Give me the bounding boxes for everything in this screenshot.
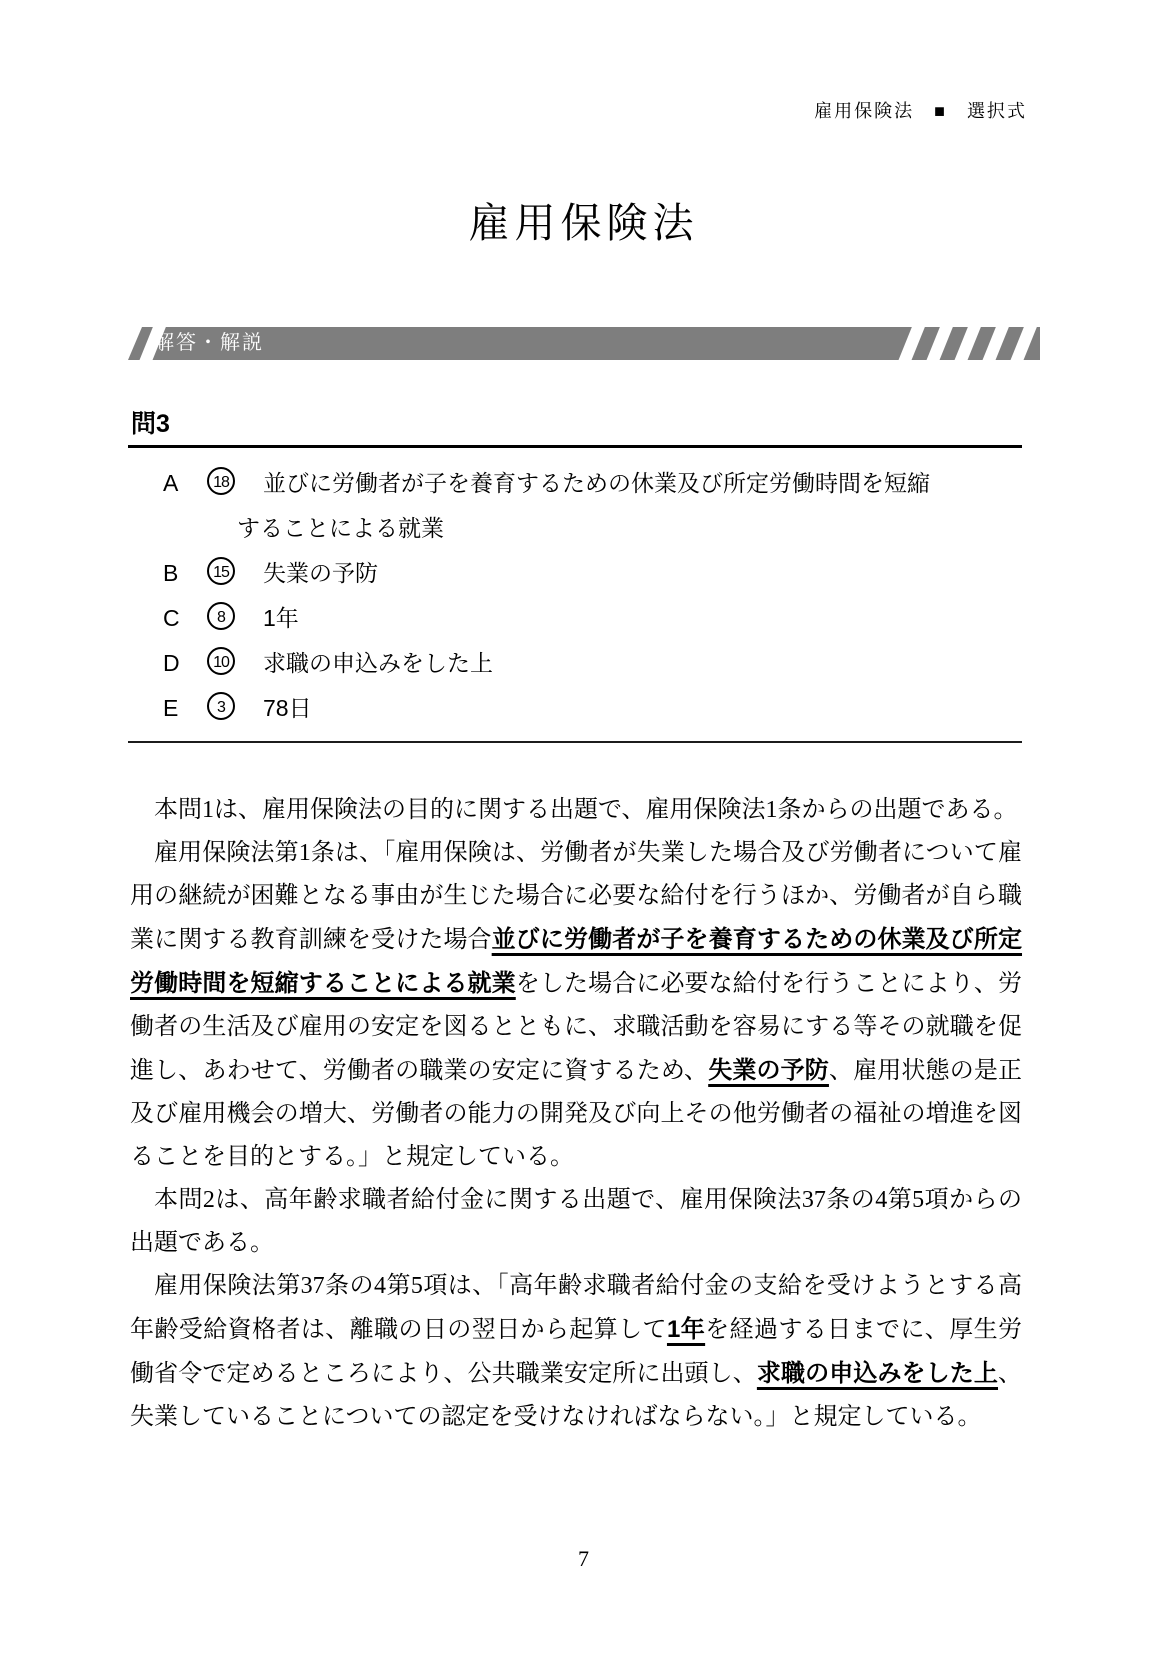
circled-number: 18 bbox=[207, 467, 235, 495]
question-heading-rule bbox=[128, 445, 1022, 448]
answer-row: C81年 bbox=[163, 596, 1022, 641]
answer-letter: E bbox=[163, 686, 207, 731]
text-segment: 本問2は、高年齢求職者給付金に関する出題で、雇用保険法37条の4第5項からの出題… bbox=[130, 1187, 1022, 1256]
answer-letter: C bbox=[163, 596, 207, 641]
answer-row: A18並びに労働者が子を養育するための休業及び所定労働時間を短縮することによる就… bbox=[163, 461, 1022, 551]
answer-commentary-banner: 解答・解説 bbox=[128, 327, 1040, 360]
circled-number: 8 bbox=[207, 602, 235, 630]
circled-number: 15 bbox=[207, 557, 235, 585]
answer-text: 並びに労働者が子を養育するための休業及び所定労働時間を短縮することによる就業 bbox=[237, 461, 942, 551]
answer-row: E378日 bbox=[163, 686, 1022, 731]
section-divider bbox=[128, 741, 1022, 743]
text-segment: 本問1は、雇用保険法の目的に関する出題で、雇用保険法1条からの出題である。 bbox=[154, 797, 1018, 823]
answer-text: 求職の申込みをした上 bbox=[237, 641, 942, 686]
paragraph: 雇用保険法第37条の4第5項は、「高年齢求職者給付金の支給を受けようとする高年齢… bbox=[130, 1265, 1022, 1439]
running-header: 雇用保険法 ■ 選択式 bbox=[814, 97, 1027, 123]
question-heading: 問3 bbox=[131, 404, 170, 440]
circled-number: 10 bbox=[207, 647, 235, 675]
emphasized-text: 失業の予防 bbox=[708, 1057, 829, 1084]
paragraph: 本問2は、高年齢求職者給付金に関する出題で、雇用保険法37条の4第5項からの出題… bbox=[130, 1179, 1022, 1265]
answer-text: 失業の予防 bbox=[237, 551, 942, 596]
answer-number: 10 bbox=[207, 641, 237, 675]
banner-stripe bbox=[925, 323, 955, 365]
banner-stripe bbox=[981, 323, 1011, 365]
answer-text: 78日 bbox=[237, 686, 942, 731]
page-title: 雇用保険法 bbox=[0, 190, 1167, 249]
paragraph: 本問1は、雇用保険法の目的に関する出題で、雇用保険法1条からの出題である。 bbox=[130, 789, 1022, 832]
answer-list: A18並びに労働者が子を養育するための休業及び所定労働時間を短縮することによる就… bbox=[128, 461, 1022, 731]
answer-letter: D bbox=[163, 641, 207, 686]
commentary-body: 本問1は、雇用保険法の目的に関する出題で、雇用保険法1条からの出題である。雇用保… bbox=[130, 789, 1022, 1439]
answer-number: 15 bbox=[207, 551, 237, 585]
banner-stripe bbox=[897, 323, 927, 365]
circled-number: 3 bbox=[207, 692, 235, 720]
answer-row: B15失業の予防 bbox=[163, 551, 1022, 596]
banner-stripe bbox=[953, 323, 983, 365]
answer-number: 18 bbox=[207, 461, 237, 495]
answer-number: 3 bbox=[207, 686, 237, 720]
banner-stripe bbox=[1009, 323, 1039, 365]
paragraph: 雇用保険法第1条は、「雇用保険は、労働者が失業した場合及び労働者について雇用の継… bbox=[130, 832, 1022, 1179]
emphasized-text: 求職の申込みをした上 bbox=[757, 1360, 998, 1387]
answer-text: 1年 bbox=[237, 596, 942, 641]
answer-row: D10求職の申込みをした上 bbox=[163, 641, 1022, 686]
emphasized-text: 1年 bbox=[667, 1316, 705, 1343]
banner-label: 解答・解説 bbox=[154, 327, 264, 360]
page-number: 7 bbox=[0, 1546, 1167, 1572]
answer-letter: B bbox=[163, 551, 207, 596]
answer-letter: A bbox=[163, 461, 207, 506]
document-page: 雇用保険法 ■ 選択式 雇用保険法 解答・解説 問3 A18並びに労働者が子を養… bbox=[0, 0, 1167, 1653]
answer-number: 8 bbox=[207, 596, 237, 630]
